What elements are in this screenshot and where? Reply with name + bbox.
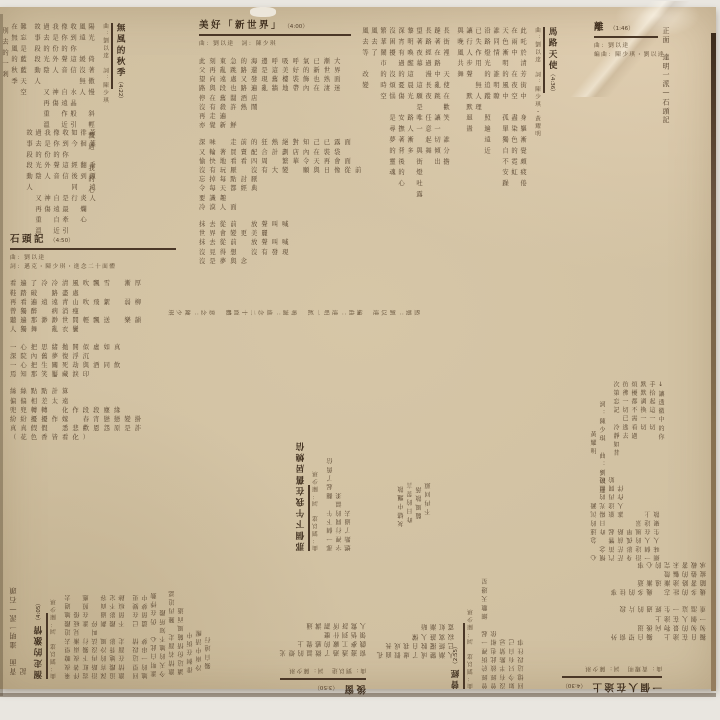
lyric-line: 絲絲點點計算 bbox=[10, 387, 186, 396]
lyric-column: 激情在溜走 不留痕跡 bbox=[118, 583, 127, 679]
lyric-line: 一心把生關死劫與酒同飲 bbox=[10, 361, 186, 370]
lyric-line: 再走遍 bbox=[199, 112, 363, 121]
song-title: 一個人在途上 bbox=[590, 681, 662, 692]
lyric-column: 躂著在路中亂跳 讓一切傾出 bbox=[432, 27, 441, 225]
title-underline bbox=[199, 34, 351, 36]
side-b-header: 背面 達明一派—石頭記 bbox=[8, 580, 28, 675]
lyric-column: 在雨中 在夜空 盡染色的霓虹 bbox=[509, 27, 518, 225]
lyric-column: 在無風的秋季 bbox=[9, 23, 18, 238]
lyric-line: 偏偏相差太遠 bbox=[10, 397, 186, 406]
lyric-column: 沿途的風景 bbox=[635, 445, 644, 561]
lyric-column: 伴著夜雨漸見疲倦 bbox=[73, 583, 82, 679]
lyric-column: 今天的她不知所蹤 bbox=[159, 581, 168, 677]
lyric-column: 燃點了過去 bbox=[344, 445, 353, 551]
lyric-column: 深宵有過的憂傷 安撫著背後的心 bbox=[396, 27, 405, 225]
lyric-line: 父再亂跳路還是這美好的新世界 bbox=[199, 66, 363, 75]
lyric-column: 沿路燈光的追蹤 照遍遠近 bbox=[482, 27, 491, 225]
song-credits: 曲：劉以達 詞：陳少琪 bbox=[467, 589, 476, 689]
lyric-column: 獨自遠行 bbox=[204, 573, 213, 669]
song-section-houchuang-continued: 人漸變成了虛假面孔已經擺脫自我成長寂寞誰人懂霓虹漸暗 bbox=[370, 622, 454, 667]
lyric-column: 徘徊在街中 bbox=[186, 577, 195, 673]
lyric-line: 聽遍那渺渺世間輕飄送 樂韻 bbox=[10, 316, 186, 325]
song-duration: （4:50） bbox=[50, 238, 74, 244]
lyric-line: 深院內舊夢復浮沉 bbox=[10, 352, 186, 361]
lyric-column: 黎明喚醒這晨光 路人漸多 bbox=[405, 27, 414, 225]
lyric-column: 收到你這信 是最牽引 bbox=[60, 129, 69, 243]
lyric-line: 一個人在途上 bbox=[554, 613, 706, 622]
song-title: 石頭記 bbox=[10, 234, 46, 245]
song-section-yigeren-title: 一個人在途上（4:30）曲：黃耀明 詞：陳少琪 bbox=[554, 663, 662, 691]
lyric-line: 窗邊透過了微溫的燈光 bbox=[272, 648, 366, 657]
lyric-line: 又輪著買賣配合計劃店內在裝袋 bbox=[199, 148, 363, 157]
lyric-stanza: 幾多的壯志 幾多的往事隨著路途漸遠漸逝疲倦的軀殼承載著未完的心事 bbox=[554, 559, 706, 596]
title-underline bbox=[46, 613, 48, 679]
lyric-column: 乘夜瞭望去追蹤她過去 bbox=[64, 583, 73, 679]
lyric-column: 與晚風共舞 bbox=[455, 27, 464, 225]
lyric-line: 此刻東急的海邊呼吸呼氣已漸大 bbox=[199, 57, 363, 66]
lyric-line: 人漸變成了虛假面孔 bbox=[370, 650, 454, 659]
title-underline bbox=[543, 27, 545, 93]
song-section-malutianshi: 馬路天使（4:36）曲：劉以達 詞：陳少琪・黃耀明此吒於清芳街中 身軀漸覺頗疲倦… bbox=[360, 27, 556, 225]
song-duration: （4:05） bbox=[36, 600, 42, 623]
lyric-line: 沒有殺許熱鬧 bbox=[199, 103, 363, 112]
lyric-line: 寂寞誰人懂 bbox=[370, 631, 454, 640]
lyric-column: 追蹤她背影 蹤影不定 bbox=[109, 583, 118, 679]
lyric-line: 幾多的壯志 幾多的往事 bbox=[554, 587, 706, 596]
song-credits: 曲：劉以達 bbox=[10, 254, 186, 263]
lyric-line: 停在舊闆酒店 bbox=[199, 94, 363, 103]
lyric-sheet-paper: 正面 達明一派—石頭記 離（1:46）曲：劉以達編曲：陳少琪・劉以達 馬路天使（… bbox=[0, 7, 716, 689]
song-section-li: 離（1:46）曲：劉以達編曲：陳少琪・劉以達 bbox=[594, 23, 669, 59]
lyric-column: 昨日的誓言 bbox=[406, 439, 415, 523]
lyric-column: 一個人在途上 bbox=[644, 445, 653, 561]
lyric-stanza: 絲絲點點計算偏偏相差太遠兜兜轉轉 化作段段塵緣紛紛擾擾作嫁 春宵戀戀變掛真真假假… bbox=[10, 387, 186, 442]
lyric-column: 故事段段動人 bbox=[24, 129, 33, 243]
lyric-line: 沒有玩厭 沒有大變 願與日像從前 bbox=[199, 166, 363, 175]
lyric-column: 天色漸明的風中 孤單獨自不安躁 bbox=[500, 27, 509, 225]
lyric-stanza: 人漸變成了虛假面孔已經擺脫自我成長寂寞誰人懂霓虹漸暗 bbox=[370, 622, 454, 659]
lyric-column: 茫茫前路 誰人作伴 bbox=[617, 445, 626, 561]
lyric-stanza: 此刻東急的海邊呼吸呼氣已漸大父再亂跳路還是這美好的新世界望向遠處又發現舊樓裝飾也… bbox=[199, 57, 363, 131]
title-underline bbox=[10, 248, 176, 250]
lyric-line: 沒見得想 沒有發現 bbox=[199, 248, 363, 257]
lyric-line: 霓虹漸暗 bbox=[370, 622, 454, 631]
title-underline bbox=[463, 623, 465, 689]
lyric-line: 已經擺脫自我成長 bbox=[370, 641, 454, 650]
song-duration: （1:46） bbox=[610, 26, 634, 32]
lyric-column: 讓這份情隨風而逝 bbox=[177, 579, 186, 675]
song-title-row: 後窗（3:50） bbox=[272, 682, 366, 693]
lyric-line: 人驚訝所謂溝通 bbox=[272, 620, 366, 629]
lyric-line: 冷漠人面 bbox=[199, 203, 363, 212]
lyric-column: 讓行人步聲 默默迴盪 bbox=[464, 27, 473, 225]
lyric-column: 誰明白此心 仍在悸動 bbox=[150, 581, 159, 677]
rotated-production-credits: 監製：劉以達 編曲：達明一派 鳴謝：進念二十面體 意念：陳少琪 bbox=[182, 306, 420, 316]
lyric-line: 要識趣 bbox=[199, 194, 363, 203]
lyric-line: 看遍了冷冷清風吹飄雪 漸厚 bbox=[10, 279, 186, 288]
lyric-line: 令每天都經典 bbox=[199, 184, 363, 193]
lyric-column: 黃葉 垂顫遠人 bbox=[87, 129, 96, 243]
song-title-row: 石頭記（4:50） bbox=[10, 235, 186, 246]
lyric-stanza: 一心把思緒拋開似虛如真深院內舊夢復浮沉一心把生關死劫與酒同飲焉知那笑靨藏淚印 bbox=[10, 343, 186, 380]
song-duration: （4:30） bbox=[562, 682, 586, 688]
song-title: 馬路天使（4:36） bbox=[547, 27, 556, 225]
lyric-column: 誰同情 誰明瞭 bbox=[491, 27, 500, 225]
lyric-column: 心 急速的沉澱 bbox=[590, 445, 599, 561]
title-underline bbox=[111, 23, 113, 89]
lyric-line: 抹去從前 放聲叫喊 bbox=[199, 220, 363, 229]
lyric-column: 深宵的冷風 劃過面容 bbox=[100, 583, 109, 679]
song-duration: （4:22） bbox=[117, 79, 123, 102]
lyric-line: （花色香皆看化） bbox=[10, 433, 186, 442]
lyric-line: 曾獨醉 病消瘦 bbox=[10, 307, 186, 316]
song-section-liuzoudejiqing: 溜走的激情（4:05）曲：劉以達 詞：陳少琪乘夜瞭望去追蹤她過去伴著夜雨漸見疲倦… bbox=[35, 583, 213, 679]
song-credits: 曲：劉以達 bbox=[594, 42, 669, 51]
lyric-column: 字裡行間的溫柔 bbox=[335, 445, 344, 551]
song-section-yigeren-lines: 獨自在途上 獨自望窗外匆匆的景物向後退一個人在途上重溫這一生經過的片段幾多的壯志… bbox=[554, 559, 706, 649]
song-section-meihao-xinshijie: 美好「新世界」（4:00）曲：劉以達 詞：陳少琪此刻東急的海邊呼吸呼氣已漸大父再… bbox=[199, 21, 363, 266]
lyric-line: 忘掉每點討厭 bbox=[199, 175, 363, 184]
song-credits: 曲：劉以達 詞：陳少琪 bbox=[50, 583, 59, 679]
lyric-column: 隨風散落 bbox=[415, 435, 424, 519]
lyric-line: 深味 走前的狂熱絕對知己已露面 bbox=[199, 138, 363, 147]
lyric-column: 曾經彼此也相依 bbox=[490, 589, 499, 689]
song-title: 溜走的激情（4:05） bbox=[35, 583, 44, 679]
title-underline bbox=[594, 36, 658, 38]
lyric-line: 鞋踏破 路盡處 bbox=[10, 289, 186, 298]
song-duration: （3:50） bbox=[314, 684, 338, 690]
song-credits: 編曲：陳少琪・劉以達 bbox=[594, 51, 669, 60]
lyric-column: 繁華鬧市的時空 bbox=[378, 27, 387, 225]
song-title: 曾經（2:55） bbox=[452, 589, 461, 689]
song-credits: 曲：劉以達 詞：陳少琪 bbox=[272, 665, 366, 674]
song-credits: 曲：劉以達 詞：陳少琪 bbox=[312, 445, 321, 551]
song-title: 離 bbox=[594, 22, 606, 33]
lyric-column: 冷雨中清醒 bbox=[195, 575, 204, 671]
lyric-line: 真真假假 悉悲歡恩怨原是詐 bbox=[10, 424, 186, 433]
song-section-yigeren-columns: 心 急速的沉澱懷念 昨日陽光的溫暖汽笛響起 旅途再開始茫茫前路 誰人作伴身影孤單… bbox=[585, 445, 662, 561]
lyric-column: 曾經於街裡一起 細數天邊星 bbox=[481, 589, 490, 689]
song-section-wufengdeqiuji-continued: 黃葉 垂顫遠人徘徊 翻到 炎爛心如今 經後同行收到你這信 是最牽引像你的聲音 自… bbox=[24, 129, 101, 243]
lyric-column: 回望這段情 已在變更 bbox=[132, 583, 141, 679]
song-title-row: 離（1:46） bbox=[594, 23, 669, 34]
lyric-line: 獨自在途上 獨自望窗外 bbox=[554, 632, 706, 641]
lyric-line: 領悟到什麼 bbox=[272, 630, 366, 639]
song-section-nagexiawu-continued: 灰燼中飄散昨日的誓言隨風散落不再回頭 bbox=[392, 443, 433, 527]
sleeve-edge-shadow bbox=[711, 33, 716, 691]
song-title: 無風的秋季（4:22） bbox=[115, 23, 124, 238]
lyric-column: 懷念 昨日陽光的溫暖 bbox=[599, 445, 608, 561]
song-credits: 曲：劉以達 詞：陳少琪 bbox=[100, 23, 109, 238]
lyric-line: 再看遍遠遠青山吹飛絮 弱柳 bbox=[10, 298, 186, 307]
lyric-column: 回憶這段往事 bbox=[517, 589, 526, 689]
lyric-stanza: 獨自在途上 獨自望窗外匆匆的景物向後退一個人在途上重溫這一生經過的片段 bbox=[554, 604, 706, 641]
lyric-column: 此吒於清芳街中 身軀漸覺頗疲倦 bbox=[518, 27, 527, 225]
lyric-line: 抹去從前 放聲叫喊 bbox=[199, 238, 363, 247]
lyric-column: 身影孤單 bbox=[626, 445, 635, 561]
title-underline bbox=[308, 485, 310, 551]
title-underline bbox=[280, 678, 366, 680]
lyric-line: 亦覺新鮮 bbox=[199, 121, 363, 130]
song-duration: （2:55） bbox=[453, 643, 459, 666]
lyric-column: 過去的光陰 又再重溫 bbox=[33, 129, 42, 243]
lyric-line: 紛紛擾擾作嫁 春宵戀戀變掛 bbox=[10, 415, 186, 424]
lyric-stanza: 抹去從前 放聲叫喊世界會變更美麗抹去從前 放聲叫喊沒見得想 沒有發現沒是夢與念 bbox=[199, 220, 363, 266]
lyric-column: 如今 經後同行 bbox=[69, 129, 78, 243]
song-credits: 曲：劉以達 詞：陳少琪 bbox=[199, 40, 363, 49]
song-credits: 詞：邁克・陳少琪・進念二十面體 bbox=[10, 263, 186, 272]
lyric-column: 她的一串夢 遺留夢中 bbox=[141, 583, 150, 679]
lyric-column: 灰燼中飄散 bbox=[397, 443, 406, 527]
lyric-stanza: 窗邊透過了微溫的燈光戲夢工廠的感覺上領悟到什麼人驚訝所謂溝通 bbox=[272, 620, 366, 657]
lyric-column: 霓虹下獨行 誰在照應 bbox=[82, 583, 91, 679]
song-title: 那個下午我在舊居燒信 bbox=[297, 445, 306, 551]
lyric-line: 戲夢工廠的感覺上 bbox=[272, 639, 366, 648]
photo-background: 正面 達明一派—石頭記 離（1:46）曲：劉以達編曲：陳少琪・劉以達 馬路天使（… bbox=[0, 0, 720, 720]
lyric-line: 匆匆的景物向後退 bbox=[554, 623, 706, 632]
lyric-column: 風去了 bbox=[369, 27, 378, 225]
lyric-column: 像你的聲音 自遠自近 bbox=[51, 129, 60, 243]
lyric-line: 疲倦的軀殼 bbox=[554, 569, 706, 578]
lyric-column: 細味人生聚散 bbox=[653, 445, 662, 561]
lyric-column: 沒困擾 沒煩惱 是尋夢的靈魂 bbox=[387, 27, 396, 225]
lyric-line: 一心把思緒拋開似虛如真 bbox=[10, 343, 186, 352]
song-section-houchuang: 後窗（3:50）曲：劉以達 詞：陳少琪窗邊透過了微溫的燈光戲夢工廠的感覺上領悟到… bbox=[272, 620, 366, 693]
song-section-shitouji: 石頭記（4:50）曲：劉以達詞：邁克・陳少琪・進念二十面體看遍了冷冷清風吹飄雪 … bbox=[10, 235, 186, 443]
lyric-column: 沿路再沒法叫停 bbox=[91, 583, 100, 679]
lyric-line: 兜兜轉轉 化作段段塵緣 bbox=[10, 406, 186, 415]
song-title: 後窗 bbox=[342, 683, 366, 694]
song-duration: （4:00） bbox=[287, 24, 308, 30]
lyric-column: 不再回頭 bbox=[424, 431, 433, 515]
lyric-line: 沒是夢與念 bbox=[199, 257, 363, 266]
lyric-column: 如今只有自己 bbox=[508, 589, 517, 689]
lyric-line: 路與段也路遍亂牆地帶內在淒迷 bbox=[199, 84, 363, 93]
lyric-column: 徘徊 翻到 炎爛心 bbox=[78, 129, 87, 243]
song-credits: 曲：劉以達 詞：陳少琪・黃耀明 bbox=[532, 27, 541, 225]
lyric-column: 激情若溜走 難再追認 bbox=[168, 579, 177, 675]
lyric-line: 世界會變更美麗 bbox=[199, 229, 363, 238]
lyric-column: 我是份外人 神傷 bbox=[42, 129, 51, 243]
lyric-column: 那一個下午 翻起了舊信 bbox=[326, 445, 335, 551]
title-underline bbox=[562, 676, 662, 678]
side-b-flipped-area: 背面 達明一派—石頭記 溜走的激情（4:05）曲：劉以達 詞：陳少琪乘夜瞭望去追… bbox=[0, 444, 720, 697]
song-title-row: 美好「新世界」（4:00） bbox=[199, 21, 363, 32]
song-section-cengjing: 曾經（2:55）曲：劉以達 詞：陳少琪曾經於街裡一起 細數天邊星曾經彼此也相依沒… bbox=[452, 589, 526, 689]
lyric-column: 沒有半點猜忌 bbox=[499, 589, 508, 689]
lyric-line: 焉知那笑靨藏淚印 bbox=[10, 370, 186, 379]
lyric-column: 望著夜幕 這願是唯一 與街燈吐露 bbox=[414, 27, 423, 225]
lyric-column: 長街裡 天使在歡笑 誰分擔 bbox=[441, 27, 450, 225]
song-section-nagexiawu: 那個下午我在舊居燒信曲：劉以達 詞：陳少琪那一個下午 翻起了舊信字裡行間的溫柔燃… bbox=[297, 445, 353, 551]
lyric-line: 重溫這一生經過的片段 bbox=[554, 604, 706, 613]
song-credits: 曲：黃耀明 詞：陳少琪 bbox=[554, 663, 662, 672]
lyric-column: 汽笛響起 旅途再開始 bbox=[608, 445, 617, 561]
lyric-column: 別去的一剎 bbox=[0, 27, 9, 242]
lyric-line: 愉快地看看四周 繁華令天再會面 bbox=[199, 157, 363, 166]
lyric-stanza: 深味 走前的狂熱絕對知己已露面又輪著買賣配合計劃店內在裝袋愉快地看看四周 繁華令… bbox=[199, 138, 363, 212]
lyric-stanza: 看遍了冷冷清風吹飄雪 漸厚鞋踏破 路盡處再看遍遠遠青山吹飛絮 弱柳曾獨醉 病消瘦… bbox=[10, 279, 186, 334]
lyric-line: 隨著路途漸遠漸逝 bbox=[554, 578, 706, 587]
paper-notch bbox=[250, 7, 276, 17]
song-title-row: 一個人在途上（4:30） bbox=[554, 680, 662, 691]
lyric-column: 已失作用 無人理 bbox=[473, 27, 482, 225]
song-title: 美好「新世界」 bbox=[199, 20, 283, 31]
lyric-line: 望向遠處又發現舊樓裝飾也熟面 bbox=[199, 75, 363, 84]
lyric-line: 人獨舞 亂衣鬢 bbox=[10, 325, 186, 334]
song-duration: （4:36） bbox=[549, 71, 555, 94]
lyric-column: 長路經過漫長夜 任意起舞 bbox=[423, 27, 432, 225]
